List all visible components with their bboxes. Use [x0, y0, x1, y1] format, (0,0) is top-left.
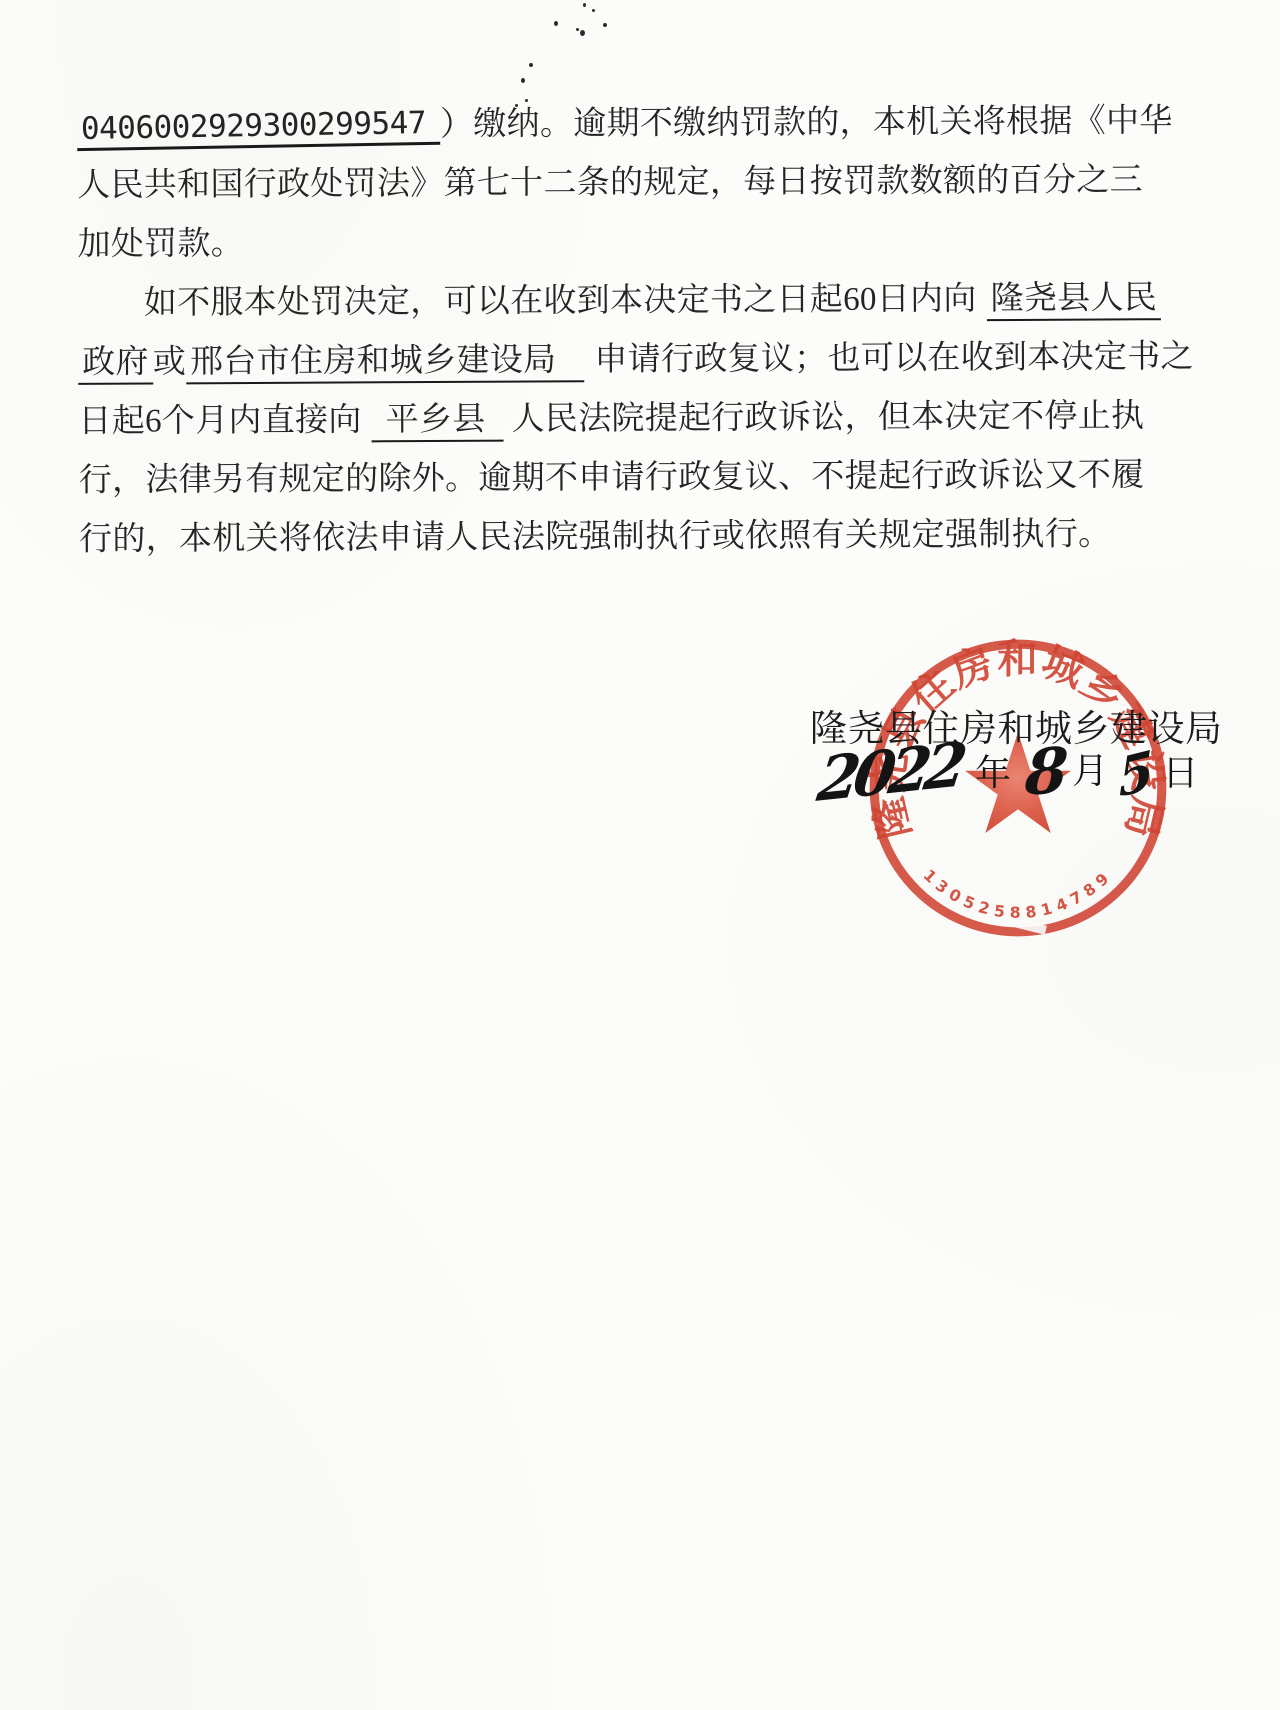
- line-5-conjunction: 或: [153, 344, 187, 380]
- payment-account-blank: 0406002929300299547: [77, 106, 441, 151]
- court-name-blank: 平乡县: [372, 402, 504, 443]
- line-6-text-rest: 人民法院提起行政诉讼，但本决定不停止执: [511, 398, 1144, 437]
- text-line-3: 加处罚款。: [77, 210, 1177, 275]
- line-8-text: 行的，本机关将依法申请人民法院强制执行或依照有关规定强制执行。: [79, 516, 1111, 557]
- review-authority-blank-1: 隆尧县人民: [987, 280, 1162, 321]
- scan-speck: [580, 30, 585, 36]
- document-body: 0406002929300299547）缴纳。逾期不缴纳罚款的，本机关将根据《中…: [77, 92, 1179, 570]
- text-line-4: 如不服本处罚决定，可以在收到本决定书之日起60日内向隆尧县人民: [78, 269, 1178, 334]
- scan-speck: [554, 21, 558, 26]
- scan-speck: [603, 23, 607, 27]
- scan-speck: [592, 9, 595, 12]
- text-line-1: 0406002929300299547）缴纳。逾期不缴纳罚款的，本机关将根据《中…: [77, 92, 1177, 157]
- line-3-text: 加处罚款。: [77, 226, 244, 263]
- scanned-document-page: 0406002929300299547）缴纳。逾期不缴纳罚款的，本机关将根据《中…: [0, 0, 1280, 1710]
- date-day: 5: [1118, 745, 1155, 804]
- date-month: 8: [1024, 742, 1070, 802]
- scan-speck: [576, 28, 579, 31]
- review-authority-blank-3: 邢台市住房和城乡建设局: [186, 342, 585, 384]
- line-6-text-pre: 日起6个月内直接向: [78, 402, 361, 439]
- scan-speck: [529, 63, 533, 67]
- date-day-unit: 日: [1162, 754, 1198, 794]
- line-4-text: 如不服本处罚决定，可以在收到本决定书之日起60日内向: [144, 281, 977, 321]
- text-line-2: 人民共和国行政处罚法》第七十二条的规定，每日按罚款数额的百分之三: [77, 151, 1177, 216]
- line-2-text: 人民共和国行政处罚法》第七十二条的规定，每日按罚款数额的百分之三: [77, 162, 1143, 204]
- line-1-text: ）缴纳。逾期不缴纳罚款的，本机关将根据《中华: [440, 103, 1173, 143]
- text-line-6: 日起6个月内直接向平乡县人民法院提起行政诉讼，但本决定不停止执: [78, 387, 1178, 452]
- line-7-text: 行，法律另有规定的除外。逾期不申请行政复议、不提起行政诉讼又不履: [79, 457, 1145, 499]
- date-year-unit: 年: [975, 754, 1011, 794]
- date-month-unit: 月: [1072, 752, 1108, 792]
- scan-speck: [521, 78, 525, 83]
- text-line-8: 行的，本机关将依法申请人民法院强制执行或依照有关规定强制执行。: [79, 505, 1179, 570]
- date-year: 2022: [815, 738, 965, 808]
- line-5-text: 申请行政复议；也可以在收到本决定书之: [594, 339, 1194, 378]
- handwritten-date: 2022 年 8 月 5 日: [818, 744, 1198, 800]
- scan-speck: [583, 3, 586, 7]
- review-authority-blank-2: 政府: [78, 344, 153, 385]
- text-line-7: 行，法律另有规定的除外。逾期不申请行政复议、不提起行政诉讼又不履: [79, 446, 1179, 511]
- text-line-5: 政府或邢台市住房和城乡建设局申请行政复议；也可以在收到本决定书之: [78, 328, 1178, 393]
